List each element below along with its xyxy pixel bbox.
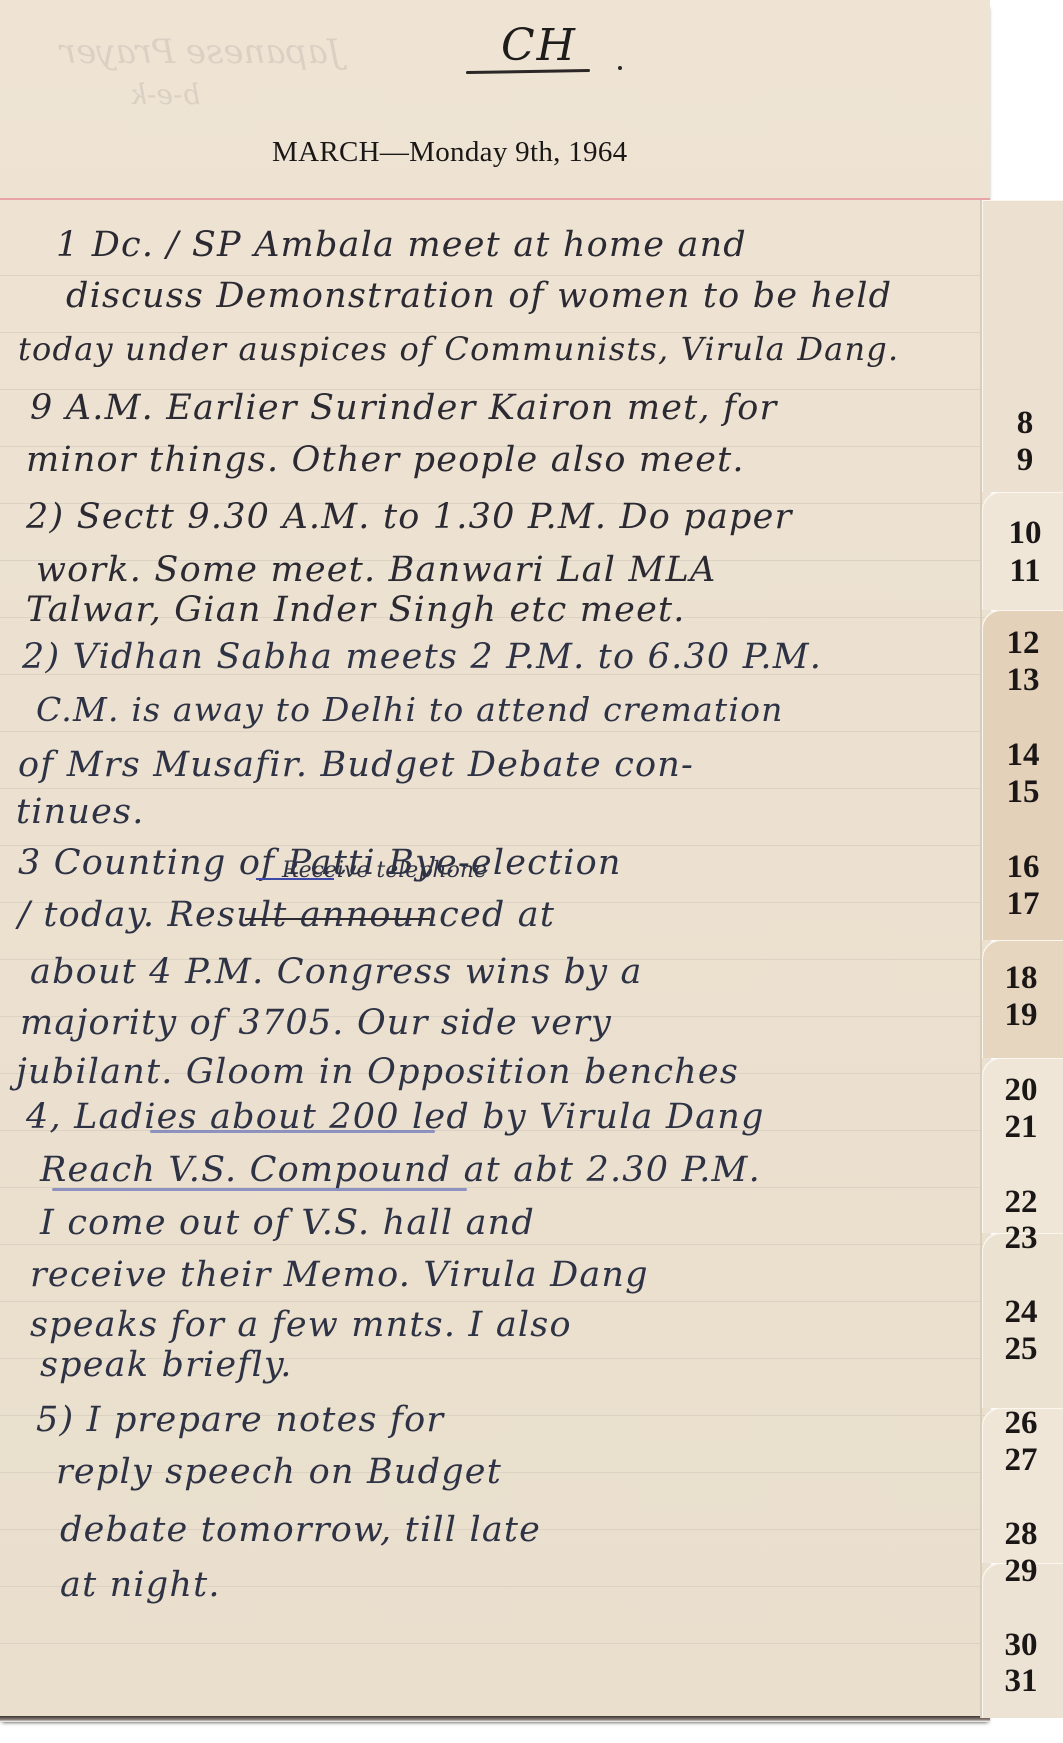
entry-line: 3 Counting of Patti Bye-election xyxy=(18,843,968,883)
day-number: 10 xyxy=(995,515,1055,552)
entry-line: about 4 P.M. Congress wins by a xyxy=(30,952,980,992)
day-number: 18 xyxy=(991,960,1051,997)
entry-line: 5) I prepare notes for xyxy=(36,1400,986,1440)
entry-line: C.M. is away to Delhi to attend crematio… xyxy=(36,690,986,729)
entry-line: Talwar, Gian Inder Singh etc meet. xyxy=(26,590,976,630)
day-number: 9 xyxy=(995,442,1055,479)
page-initials: CH xyxy=(464,20,614,71)
day-number: 16 xyxy=(993,849,1053,886)
entry-line: tinues. xyxy=(16,792,966,832)
header-rule xyxy=(0,198,990,200)
showthrough-text: Japanese Prayer xyxy=(60,32,341,72)
page-edge-shadow xyxy=(0,1716,990,1722)
entry-line: speaks for a few mnts. I also xyxy=(30,1305,980,1345)
day-number: 22 xyxy=(991,1184,1051,1221)
day-number: 20 xyxy=(991,1072,1051,1109)
entry-line: of Mrs Musafir. Budget Debate con- xyxy=(18,745,968,785)
day-number: 15 xyxy=(993,774,1053,811)
strikethrough xyxy=(245,918,430,920)
day-number: 29 xyxy=(991,1553,1051,1590)
entry-line: 1 Dc. / SP Ambala meet at home and xyxy=(56,225,1006,265)
entry-line: / today. Result announced at xyxy=(18,895,968,935)
entry-line: 2) Sectt 9.30 A.M. to 1.30 P.M. Do paper xyxy=(26,497,976,537)
ruled-line xyxy=(0,1643,985,1644)
day-number: 30 xyxy=(991,1627,1051,1664)
day-number: 11 xyxy=(995,553,1055,590)
day-number: 26 xyxy=(991,1405,1051,1442)
day-number: 8 xyxy=(995,405,1055,442)
entry-line: I come out of V.S. hall and xyxy=(40,1203,990,1243)
showthrough-text: b-e-k xyxy=(130,78,200,111)
day-number: 12 xyxy=(993,625,1053,662)
blue-underline xyxy=(52,1188,467,1191)
entry-line: receive their Memo. Virula Dang xyxy=(30,1255,980,1295)
day-number: 17 xyxy=(993,886,1053,923)
entry-line: debate tomorrow, till late xyxy=(60,1510,1010,1550)
date-heading: MARCH—Monday 9th, 1964 xyxy=(272,136,627,169)
day-number: 14 xyxy=(993,737,1053,774)
entry-line: 9 A.M. Earlier Surinder Kairon met, for xyxy=(30,388,980,428)
ruled-line xyxy=(0,1244,985,1245)
day-number: 27 xyxy=(991,1442,1051,1479)
ruled-line xyxy=(0,731,985,732)
day-number: 13 xyxy=(993,662,1053,699)
inserted-text: Receive telephone xyxy=(282,858,487,883)
entry-line: Reach V.S. Compound at abt 2.30 P.M. xyxy=(40,1150,990,1190)
day-number: 19 xyxy=(991,997,1051,1034)
entry-line: at night. xyxy=(60,1565,1010,1605)
day-number: 25 xyxy=(991,1331,1051,1368)
entry-line: today under auspices of Communists, Viru… xyxy=(18,330,968,368)
day-number: 23 xyxy=(991,1220,1051,1257)
entry-line: jubilant. Gloom in Opposition benches xyxy=(16,1052,966,1092)
blue-underline xyxy=(150,1130,435,1133)
day-number: 24 xyxy=(991,1294,1051,1331)
entry-line: minor things. Other people also meet. xyxy=(26,440,976,480)
entry-line: 2) Vidhan Sabha meets 2 P.M. to 6.30 P.M… xyxy=(22,637,972,677)
day-number: 28 xyxy=(991,1516,1051,1553)
initials-dot xyxy=(618,66,622,70)
entry-line: majority of 3705. Our side very xyxy=(20,1003,970,1043)
entry-line: speak briefly. xyxy=(40,1345,990,1385)
entry-line: reply speech on Budget xyxy=(56,1452,1006,1492)
ruled-line xyxy=(0,1301,985,1302)
entry-line: work. Some meet. Banwari Lal MLA xyxy=(36,550,986,590)
ruled-line xyxy=(0,788,985,789)
day-number: 21 xyxy=(991,1109,1051,1146)
entry-line: discuss Demonstration of women to be hel… xyxy=(66,276,1016,316)
day-number: 31 xyxy=(991,1663,1051,1700)
